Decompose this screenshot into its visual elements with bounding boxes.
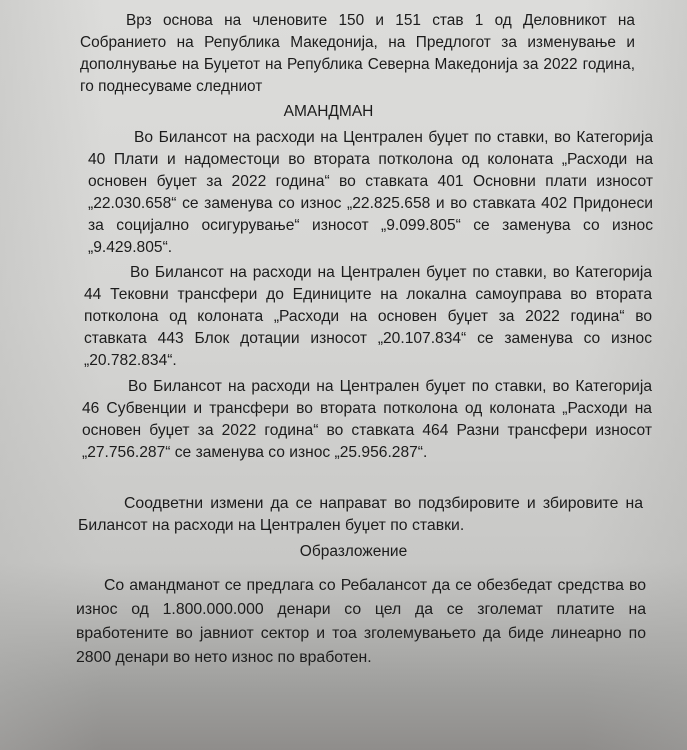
amendment-paragraph-category-46: Во Билансот на расходи на Централен буџе…	[82, 376, 652, 464]
intro-text: Врз основа на членовите 150 и 151 став 1…	[80, 10, 635, 98]
paragraph-text: Соодветни измени да се направат во подзб…	[78, 493, 643, 537]
paragraph-text: Во Билансот на расходи на Централен буџе…	[88, 127, 653, 259]
amendment-paragraph-category-40: Во Билансот на расходи на Централен буџе…	[88, 127, 653, 259]
amendment-title: АМАНДМАН	[0, 103, 672, 121]
explanation-paragraph: Со амандманот се предлага со Ребалансот …	[76, 574, 646, 670]
amendment-paragraph-category-44: Во Билансот на расходи на Централен буџе…	[84, 262, 652, 372]
subtotals-paragraph: Соодветни измени да се направат во подзб…	[78, 493, 643, 537]
document-page: Врз основа на членовите 150 и 151 став 1…	[0, 0, 687, 750]
paragraph-text: Во Билансот на расходи на Централен буџе…	[82, 376, 652, 464]
paragraph-text: Во Билансот на расходи на Централен буџе…	[84, 262, 652, 372]
paragraph-text: Со амандманот се предлага со Ребалансот …	[76, 574, 646, 670]
intro-paragraph: Врз основа на членовите 150 и 151 став 1…	[80, 10, 635, 98]
explanation-title: Образложение	[10, 543, 687, 561]
